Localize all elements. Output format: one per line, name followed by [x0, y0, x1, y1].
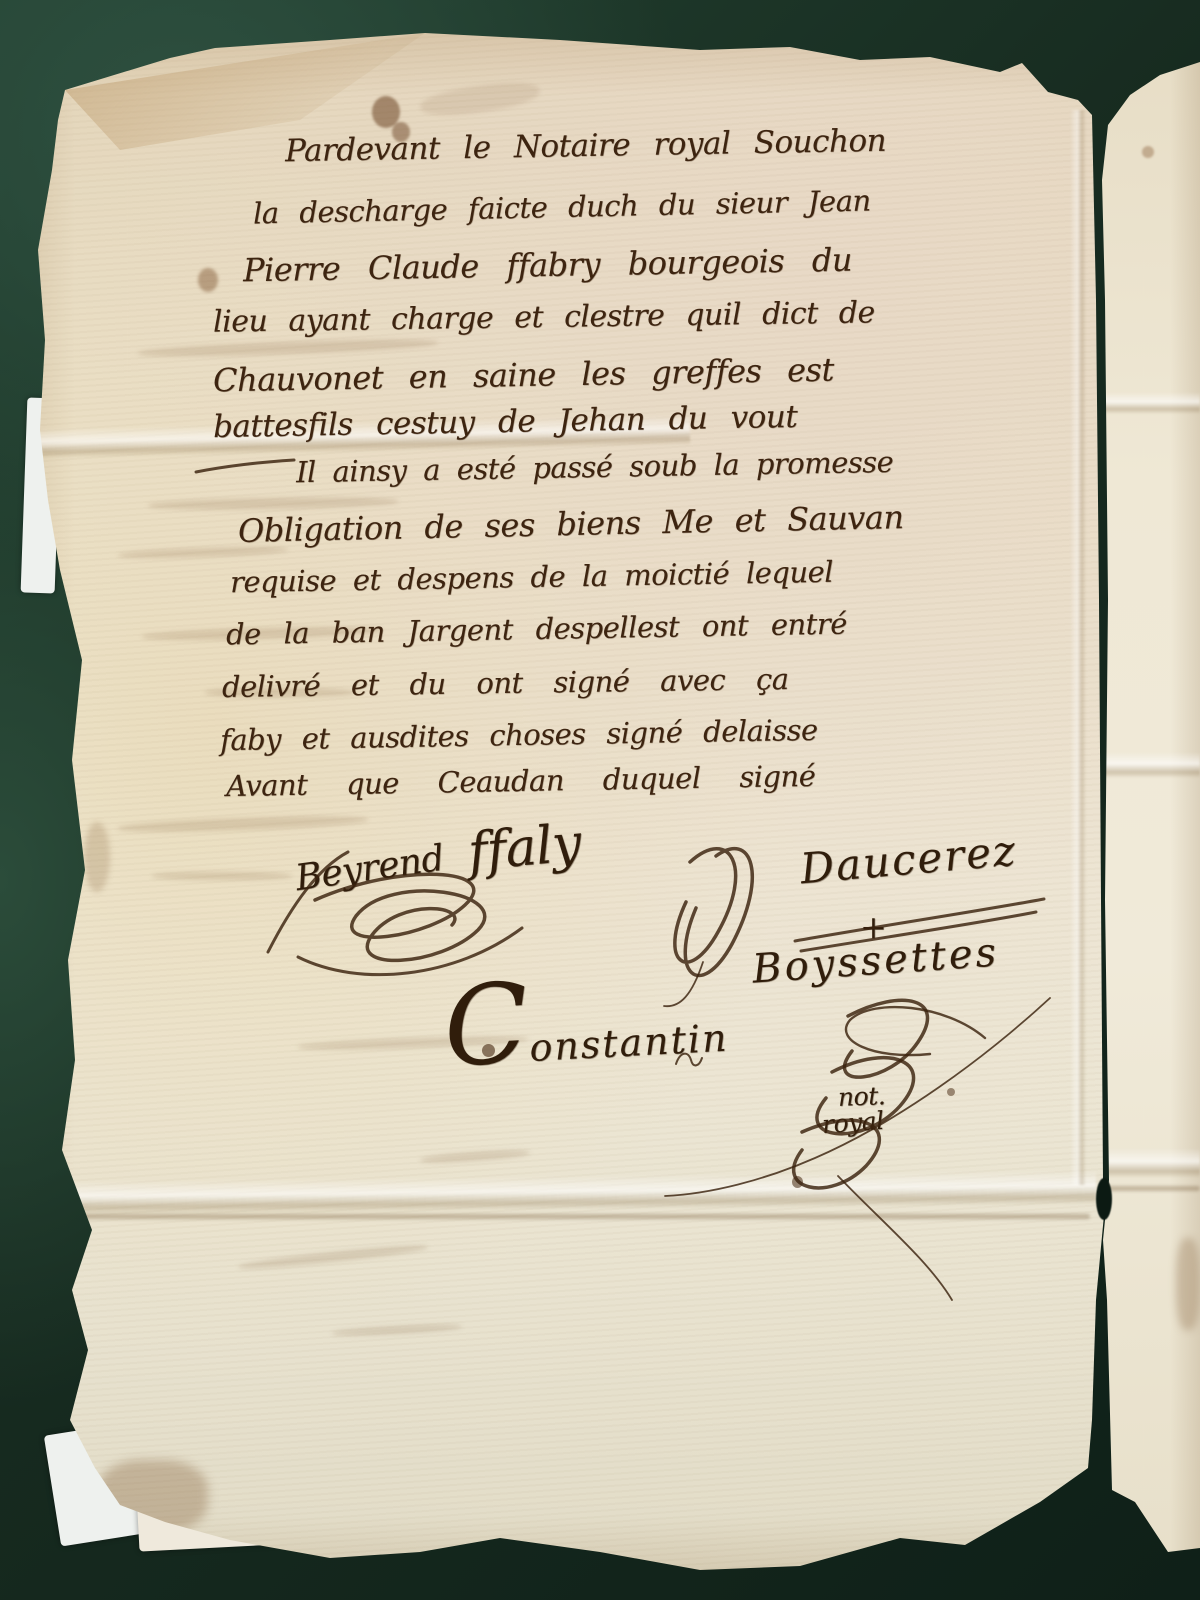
- signature-constantin: Constantin: [444, 1013, 730, 1075]
- ink-bleed-through: [332, 1323, 462, 1338]
- ink-bleed-through: [238, 1242, 428, 1272]
- signature-flourishes: [0, 0, 1200, 1600]
- manuscript-line-13: Avant que Ceaudan duquel signé: [226, 759, 816, 803]
- manuscript-line-11: delivré et du ont signé avec ça: [222, 662, 789, 704]
- notary-paraph-loop-1: [845, 1000, 928, 1077]
- fold-shadow-line: [1100, 1186, 1200, 1191]
- edge-toning: [0, 0, 1200, 1600]
- photo-backdrop: Pardevant le Notaire royal Souchon la de…: [0, 0, 1200, 1600]
- manuscript-line-2: la descharge faicte duch du sieur Jean: [253, 184, 871, 231]
- signature-boyssettes: Boyssettes: [751, 929, 1001, 992]
- ffaly-descender: [664, 962, 703, 1006]
- manuscript-line-9: requise et despens de la moictié lequel: [230, 555, 834, 600]
- constantin-oval-sweep: [846, 1007, 985, 1055]
- manuscript-line-12: faby et ausdites choses signé delaisse: [220, 713, 818, 757]
- ink-blot: [198, 268, 218, 292]
- ink-bleed-through: [419, 78, 541, 120]
- manuscript-line-10: de la ban Jargent despellest ont entré: [226, 607, 847, 652]
- manuscript-line-1: Pardevant le Notaire royal Souchon: [285, 123, 887, 169]
- signature-beyrend: Beyrend: [293, 838, 447, 899]
- fold-crease-vertical: [1070, 110, 1086, 1185]
- signature-daucerez: Daucerez: [798, 826, 1019, 894]
- ink-bleed-through: [118, 814, 368, 835]
- fold-crease: [1100, 752, 1200, 778]
- fold-crease: [1100, 392, 1200, 414]
- fold-shadow-line: [42, 1214, 1090, 1219]
- edge-smear: [84, 822, 110, 892]
- manuscript-line-5: Chauvonet en saine les greffes est: [213, 351, 834, 400]
- ink-spot: [947, 1088, 955, 1096]
- fold-crease: [30, 1170, 1096, 1215]
- ink-bleed-through: [420, 1148, 530, 1165]
- fox-spot: [1142, 146, 1154, 158]
- edge-browning: [1176, 1238, 1200, 1330]
- ink-spot: [792, 1176, 803, 1188]
- ink-bleed-through: [138, 337, 438, 359]
- fold-crease: [1100, 1148, 1200, 1178]
- manuscript-line-7: Il ainsy a esté passé soub la promesse: [296, 445, 894, 489]
- ffaly-monogram: [675, 849, 752, 976]
- ink-bleed-through: [152, 872, 292, 880]
- tear-hole: [1096, 1178, 1112, 1220]
- signature-ffaly: ffaly: [466, 813, 584, 883]
- line7-lead-dash: [196, 460, 294, 472]
- manuscript-page: Pardevant le Notaire royal Souchon la de…: [0, 0, 1200, 1600]
- manuscript-line-6: battesfils cestuy de Jehan du vout: [213, 399, 798, 445]
- notary-paraph-tail: [838, 1176, 952, 1300]
- notary-title-royal: royal: [821, 1106, 884, 1139]
- manuscript-line-4: lieu ayant charge et clestre quil dict d…: [213, 295, 875, 339]
- manuscript-line-3: Pierre Claude ffabry bourgeois du: [243, 241, 853, 290]
